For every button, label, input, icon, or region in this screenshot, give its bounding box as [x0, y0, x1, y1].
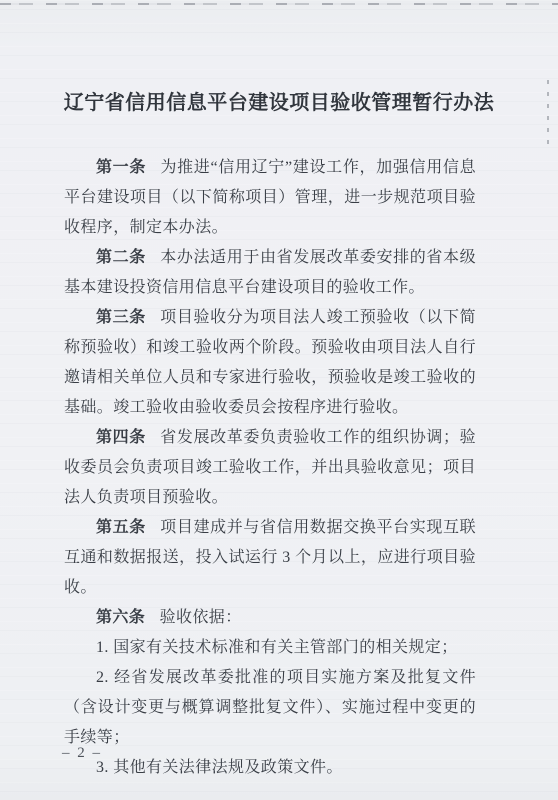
article-label: 第一条 [96, 159, 146, 176]
article-label: 第六条 [96, 609, 145, 626]
paragraph-article-1: 第一条为推进“信用辽宁”建设工作，加强信用信息平台建设项目（以下简称项目）管理，… [64, 153, 476, 243]
document-body: 第一条为推进“信用辽宁”建设工作，加强信用信息平台建设项目（以下简称项目）管理，… [64, 153, 476, 783]
document-title: 辽宁省信用信息平台建设项目验收管理暂行办法 [0, 90, 558, 116]
paragraph-article-3: 第三条项目验收分为项目法人竣工预验收（以下简称预验收）和竣工验收两个阶段。预验收… [64, 303, 476, 423]
article-label: 第四条 [96, 429, 146, 446]
paragraph-article-5: 第五条项目建成并与省信用数据交换平台实现互联互通和数据报送，投入试运行 3 个月… [64, 513, 476, 603]
paragraph-list-item-2: 2. 经省发展改革委批准的项目实施方案及批复文件（含设计变更与概算调整批复文件）… [64, 663, 476, 753]
paragraph-text: 2. 经省发展改革委批准的项目实施方案及批复文件（含设计变更与概算调整批复文件）… [64, 669, 476, 746]
paragraph-text: 验收依据： [160, 609, 242, 626]
scan-top-edge-artifact [0, 3, 558, 5]
paragraph-text: 1. 国家有关技术标准和有关主管部门的相关规定； [96, 639, 458, 656]
article-label: 第二条 [96, 249, 146, 266]
paragraph-article-4: 第四条省发展改革委负责验收工作的组织协调；验收委员会负责项目竣工验收工作，并出具… [64, 423, 476, 513]
scanned-document-page: 辽宁省信用信息平台建设项目验收管理暂行办法 第一条为推进“信用辽宁”建设工作，加… [0, 0, 558, 800]
paragraph-article-2: 第二条本办法适用于由省发展改革委安排的省本级基本建设投资信用信息平台建设项目的验… [64, 243, 476, 303]
paragraph-article-6: 第六条验收依据： [64, 603, 476, 633]
paragraph-list-item-3: 3. 其他有关法律法规及政策文件。 [64, 753, 476, 783]
article-label: 第五条 [96, 519, 146, 536]
page-number: – 2 – [62, 743, 102, 763]
paragraph-text: 3. 其他有关法律法规及政策文件。 [96, 759, 343, 776]
article-label: 第三条 [96, 309, 146, 326]
paragraph-list-item-1: 1. 国家有关技术标准和有关主管部门的相关规定； [64, 633, 476, 663]
